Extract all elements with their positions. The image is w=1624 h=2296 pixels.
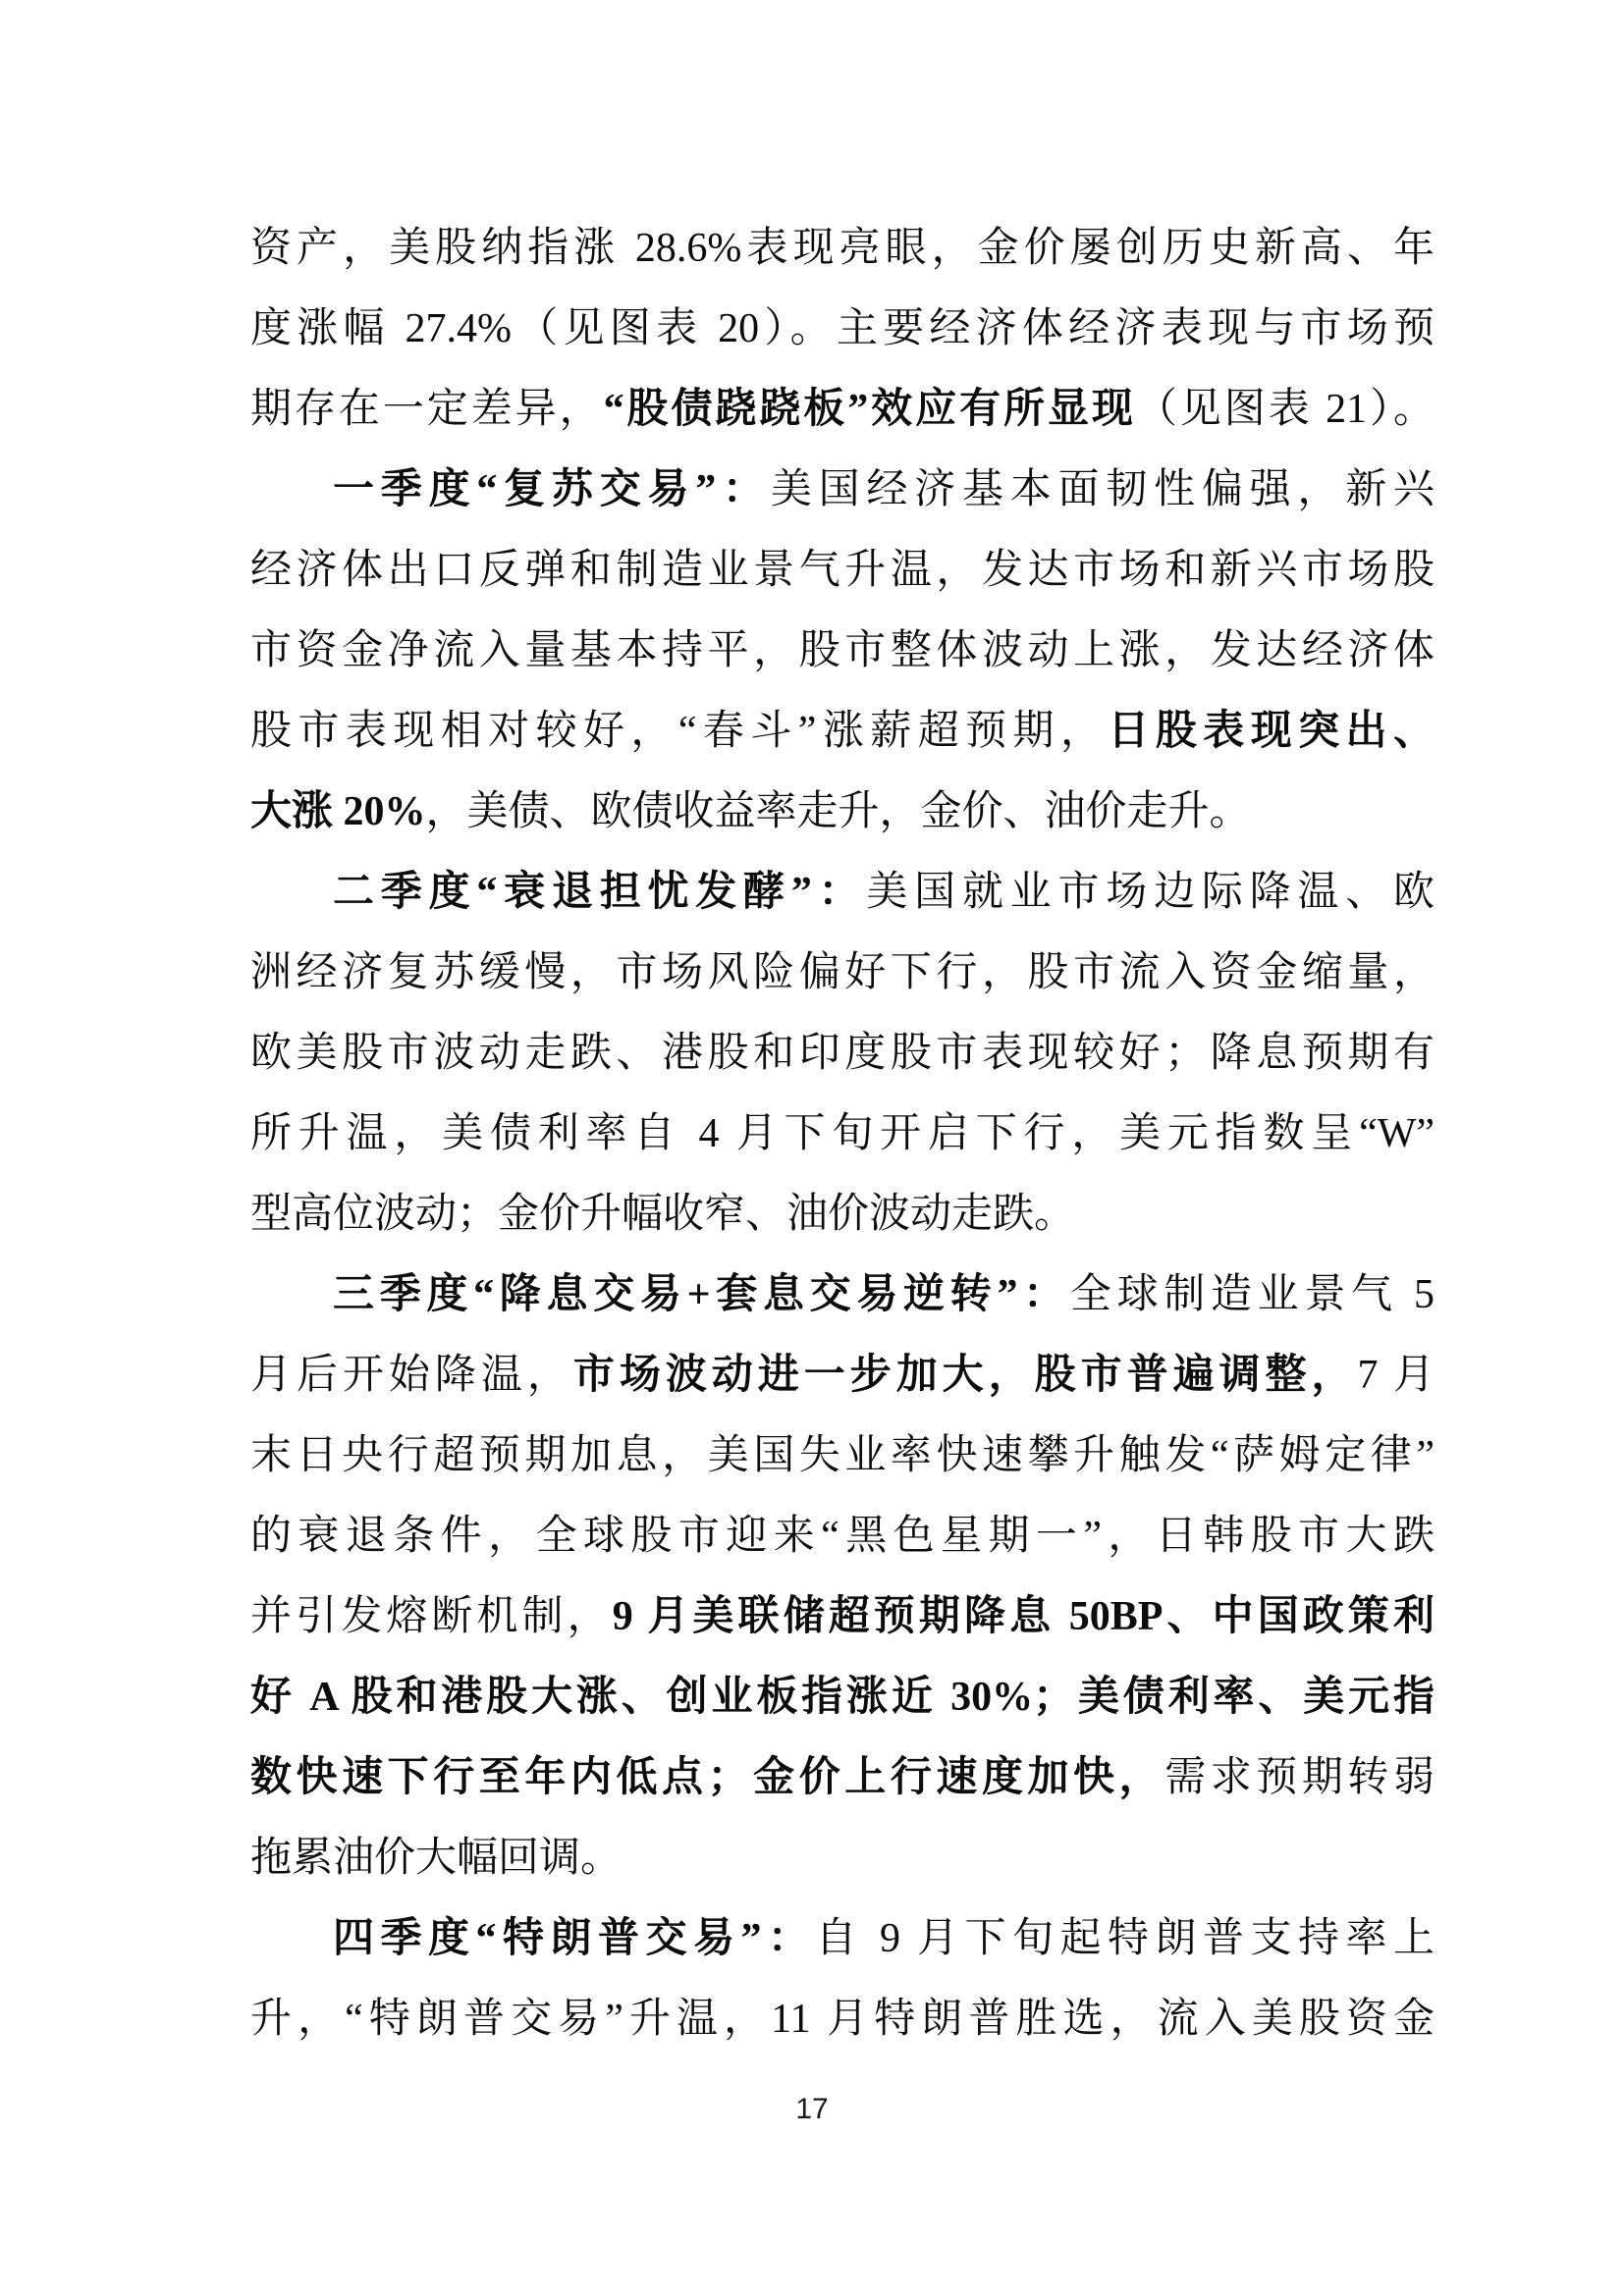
text-run: （见图表 21）。 — [1136, 387, 1435, 432]
text-line: 经济体出口反弹和制造业景气升温，发达市场和新兴市场股 — [250, 530, 1435, 611]
paragraph: 资产，美股纳指涨 28.6%表现亮眼，金价屡创历史新高、年度涨幅 27.4%（见… — [250, 208, 1435, 450]
text-run-bold: 市场波动进一步加大，股市普遍调整， — [573, 1353, 1358, 1398]
paragraph: 二季度“衰退担忧发酵”：美国就业市场边际降温、欧洲经济复苏缓慢，市场风险偏好下行… — [250, 852, 1435, 1255]
text-run: 美国就业市场边际降温、欧 — [866, 870, 1435, 915]
text-run: 期存在一定差异， — [250, 387, 604, 432]
text-line: 期存在一定差异，“股债跷跷板”效应有所显现（见图表 21）。 — [250, 369, 1435, 450]
text-line: 洲经济复苏缓慢，市场风险偏好下行，股市流入资金缩量， — [250, 933, 1435, 1013]
text-line: 月后开始降温，市场波动进一步加大，股市普遍调整，7 月 — [250, 1335, 1435, 1415]
text-run: 7 月 — [1358, 1353, 1435, 1398]
text-run: 市资金净流入量基本持平，股市整体波动上涨，发达经济体 — [250, 628, 1435, 673]
text-run: 月后开始降温， — [250, 1353, 573, 1398]
text-run-bold: 二季度“衰退担忧发酵”： — [333, 870, 866, 915]
text-line: 市资金净流入量基本持平，股市整体波动上涨，发达经济体 — [250, 611, 1435, 691]
text-line: 所升温，美债利率自 4 月下旬开启下行，美元指数呈“W” — [250, 1094, 1435, 1174]
text-line: 欧美股市波动走跌、港股和印度股市表现较好；降息预期有 — [250, 1013, 1435, 1094]
text-run-bold: 一季度“复苏交易”： — [333, 467, 771, 512]
text-run: ，美债、欧债收益率走升，金价、油价走升。 — [426, 789, 1251, 834]
text-run: 升，“特朗普交易”升温，11 月特朗普胜选，流入美股资金 — [250, 1997, 1435, 2042]
text-line: 股市表现相对较好，“春斗”涨薪超预期，日股表现突出、 — [250, 691, 1435, 772]
text-run-bold: 数快速下行至年内低点；金价上行速度加快， — [250, 1755, 1164, 1800]
document-page: 资产，美股纳指涨 28.6%表现亮眼，金价屡创历史新高、年度涨幅 27.4%（见… — [0, 0, 1624, 2296]
text-line: 度涨幅 27.4%（见图表 20）。主要经济体经济表现与市场预 — [250, 289, 1435, 369]
text-run: 美国经济基本面韧性偏强，新兴 — [771, 467, 1435, 512]
text-line: 升，“特朗普交易”升温，11 月特朗普胜选，流入美股资金 — [250, 1979, 1435, 2059]
text-run: 全球制造业景气 5 — [1070, 1272, 1435, 1317]
text-run: 洲经济复苏缓慢，市场风险偏好下行，股市流入资金缩量， — [250, 950, 1435, 995]
text-run: 经济体出口反弹和制造业景气升温，发达市场和新兴市场股 — [250, 548, 1435, 593]
text-run-bold: “股债跷跷板”效应有所显现 — [604, 387, 1136, 432]
text-line: 大涨 20%，美债、欧债收益率走升，金价、油价走升。 — [250, 772, 1435, 852]
text-run: 并引发熔断机制， — [250, 1594, 613, 1639]
text-run: 资产，美股纳指涨 28.6%表现亮眼，金价屡创历史新高、年 — [250, 226, 1435, 271]
text-run-bold: 好 A 股和港股大涨、创业板指涨近 30%；美债利率、美元指 — [250, 1675, 1435, 1720]
text-run: 欧美股市波动走跌、港股和印度股市表现较好；降息预期有 — [250, 1031, 1435, 1076]
page-number: 17 — [0, 2093, 1624, 2126]
text-run: 的衰退条件，全球股市迎来“黑色星期一”，日韩股市大跌 — [250, 1514, 1435, 1559]
text-run: 度涨幅 27.4%（见图表 20）。主要经济体经济表现与市场预 — [250, 306, 1435, 351]
text-line: 资产，美股纳指涨 28.6%表现亮眼，金价屡创历史新高、年 — [250, 208, 1435, 289]
text-run-bold: 大涨 20% — [250, 789, 426, 834]
text-line: 拖累油价大幅回调。 — [250, 1818, 1435, 1898]
text-run: 需求预期转弱 — [1164, 1755, 1435, 1800]
text-run: 拖累油价大幅回调。 — [250, 1836, 622, 1881]
text-run-bold: 9 月美联储超预期降息 50BP、中国政策利 — [613, 1594, 1435, 1639]
text-run: 末日央行超预期加息，美国失业率快速攀升触发“萨姆定律” — [250, 1433, 1435, 1478]
paragraph: 一季度“复苏交易”：美国经济基本面韧性偏强，新兴经济体出口反弹和制造业景气升温，… — [250, 450, 1435, 852]
text-run: 自 9 月下旬起特朗普支持率上 — [816, 1916, 1435, 1961]
text-run-bold: 三季度“降息交易+套息交易逆转”： — [333, 1272, 1070, 1317]
text-line: 的衰退条件，全球股市迎来“黑色星期一”，日韩股市大跌 — [250, 1496, 1435, 1576]
text-run-bold: 日股表现突出、 — [1108, 709, 1435, 754]
text-run: 型高位波动；金价升幅收窄、油价波动走跌。 — [250, 1192, 1075, 1237]
text-run: 所升温，美债利率自 4 月下旬开启下行，美元指数呈“W” — [250, 1111, 1435, 1156]
text-run-bold: 四季度“特朗普交易”： — [333, 1916, 816, 1961]
paragraph: 三季度“降息交易+套息交易逆转”：全球制造业景气 5月后开始降温，市场波动进一步… — [250, 1255, 1435, 1898]
text-line: 三季度“降息交易+套息交易逆转”：全球制造业景气 5 — [250, 1255, 1435, 1335]
text-line: 并引发熔断机制，9 月美联储超预期降息 50BP、中国政策利 — [250, 1576, 1435, 1657]
text-run: 股市表现相对较好，“春斗”涨薪超预期， — [250, 709, 1108, 754]
text-line: 一季度“复苏交易”：美国经济基本面韧性偏强，新兴 — [250, 450, 1435, 530]
text-line: 二季度“衰退担忧发酵”：美国就业市场边际降温、欧 — [250, 852, 1435, 933]
text-line: 四季度“特朗普交易”：自 9 月下旬起特朗普支持率上 — [250, 1898, 1435, 1979]
text-line: 末日央行超预期加息，美国失业率快速攀升触发“萨姆定律” — [250, 1415, 1435, 1496]
text-line: 数快速下行至年内低点；金价上行速度加快，需求预期转弱 — [250, 1737, 1435, 1818]
text-line: 型高位波动；金价升幅收窄、油价波动走跌。 — [250, 1174, 1435, 1255]
paragraph: 四季度“特朗普交易”：自 9 月下旬起特朗普支持率上升，“特朗普交易”升温，11… — [250, 1898, 1435, 2059]
document-body: 资产，美股纳指涨 28.6%表现亮眼，金价屡创历史新高、年度涨幅 27.4%（见… — [250, 208, 1435, 2059]
text-line: 好 A 股和港股大涨、创业板指涨近 30%；美债利率、美元指 — [250, 1657, 1435, 1737]
